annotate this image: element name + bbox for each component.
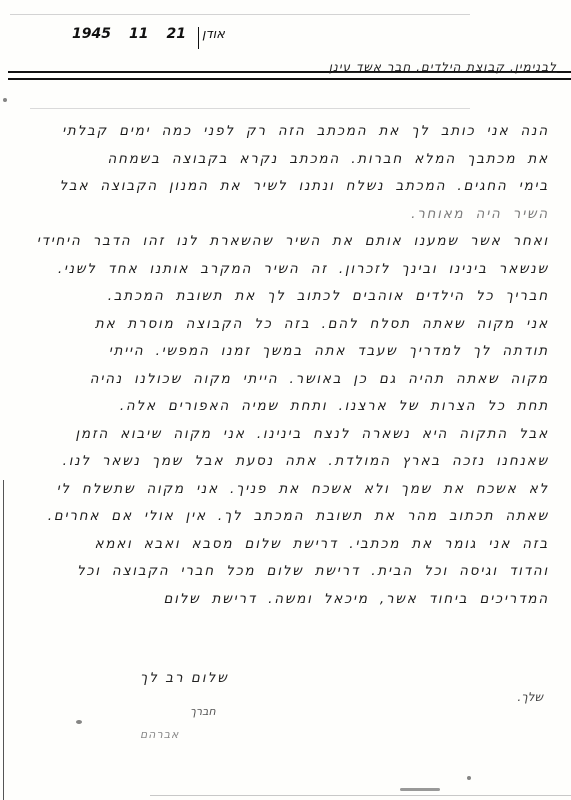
body-line: חבריך כל הילדים אוהבים לכתוב לך את תשובת… bbox=[49, 283, 549, 311]
body-line: מקוה שאתה תהיה גם כן באושר. הייתי מקוה ש… bbox=[49, 366, 549, 394]
body-line: תחת כל הצרות של ארצנו. ותחת שמיה האפורים… bbox=[49, 393, 549, 421]
body-line: שאנחנו נזכה בארץ המולדת. אתה נסעת אבל שמ… bbox=[49, 448, 549, 476]
signature: אברהם bbox=[140, 728, 179, 741]
letter-date: 1945 11 21 אודן bbox=[72, 26, 225, 49]
body-line: המדריכים ביחוד אשר, מיכאל ומשה. דרישת של… bbox=[49, 586, 549, 614]
body-line: אבל התקוה היא נשארה לנצח בינינו. אני מקו… bbox=[49, 421, 549, 449]
body-line: אני מקוה שאתה תסלח להם. בזה כל הקבוצה מו… bbox=[49, 311, 549, 339]
body-line: לא אשכח את שמך ולא אשכח את פניך. אני מקו… bbox=[49, 476, 549, 504]
closing-greeting: שלום רב לך bbox=[140, 670, 229, 686]
scan-smudge bbox=[400, 788, 440, 791]
letter-body: הנה אני כותב לך את המכתב הזה רק לפני כמה… bbox=[49, 118, 549, 613]
date-year: 1945 bbox=[72, 26, 111, 42]
body-line: תודתה לך למדריך שעבד אתה במשך זמנו המפשי… bbox=[49, 338, 549, 366]
header-underline bbox=[8, 78, 571, 80]
salutation: לבנימין, קבוצת הילדים, חבר אשד עינן bbox=[329, 60, 557, 74]
page-edge-line bbox=[3, 480, 4, 800]
ruled-line bbox=[150, 795, 571, 796]
body-line: שנשאר בינינו ובינך לזכרון. זה השיר המקרב… bbox=[49, 256, 549, 284]
date-day: 21 bbox=[166, 26, 185, 42]
closing-yours: שלך. bbox=[517, 690, 543, 704]
closing-friend-label: חברך bbox=[190, 705, 216, 718]
body-line: בזה אני גומר את מכתבי. דרישת שלום מסבא ו… bbox=[49, 531, 549, 559]
ruled-line bbox=[10, 14, 470, 15]
body-line: השיר היה מאוחר. bbox=[49, 201, 549, 229]
body-line: והדוד וגיסה וכל הבית. דרישת שלום מכל חבר… bbox=[49, 558, 549, 586]
scan-speck bbox=[76, 720, 82, 724]
scan-speck bbox=[3, 98, 7, 102]
body-line: שאתה תכתוב מהר את תשובת המכתב לך. אין או… bbox=[49, 503, 549, 531]
scan-speck bbox=[467, 776, 471, 780]
body-line: הנה אני כותב לך את המכתב הזה רק לפני כמה… bbox=[49, 118, 549, 146]
date-month: 11 bbox=[129, 26, 148, 42]
body-line: בימי החגים. המכתב נשלח ונתנו לשיר את המנ… bbox=[49, 173, 549, 201]
body-line: את מכתבך המלא חברות. המכתב נקרא בקבוצה ב… bbox=[49, 146, 549, 174]
date-place: אודן bbox=[198, 27, 225, 49]
ruled-line bbox=[30, 108, 470, 109]
body-line: ואחר אשר שמענו אותם את השיר שהשארת לנו ז… bbox=[49, 228, 549, 256]
letter-page: 1945 11 21 אודן לבנימין, קבוצת הילדים, ח… bbox=[0, 0, 571, 800]
